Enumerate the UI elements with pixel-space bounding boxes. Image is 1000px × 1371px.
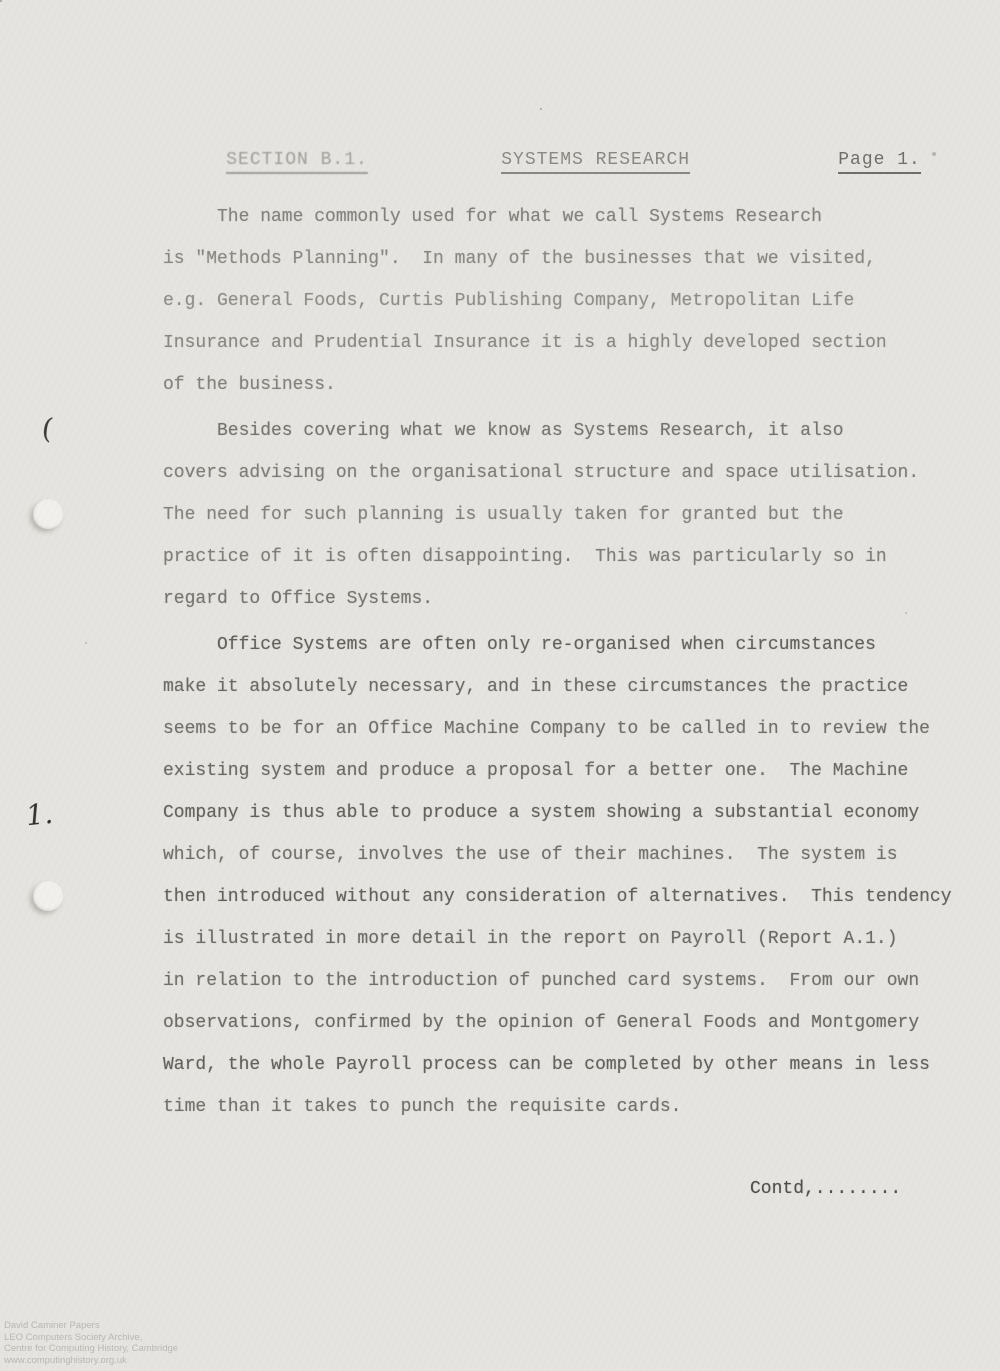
text-line: observations, confirmed by the opinion o… (163, 1002, 973, 1044)
text-line: existing system and produce a proposal f… (163, 750, 973, 792)
text-line: which, of course, involves the use of th… (163, 834, 973, 876)
text-line: Insurance and Prudential Insurance it is… (163, 322, 973, 364)
watermark-line: Centre for Computing History, Cambridge (4, 1343, 178, 1355)
paragraph-2: Besides covering what we know as Systems… (163, 410, 973, 620)
text-line: Office Systems are often only re-organis… (163, 624, 973, 666)
text-line: regard to Office Systems. (163, 578, 973, 620)
page-number-text: Page 1. (838, 150, 921, 174)
header-section-label: SECTION B.1. (183, 130, 368, 194)
text-line: of the business. (163, 364, 973, 406)
text-line: covers advising on the organisational st… (163, 452, 973, 494)
document-title-text: SYSTEMS RESEARCH (501, 150, 690, 174)
scanned-document-page: SECTION B.1. SYSTEMS RESEARCH Page 1. Th… (0, 0, 1000, 1371)
header-section-text: SECTION B.1. (226, 150, 368, 174)
watermark-line: www.computinghistory.org.uk (4, 1355, 178, 1367)
text-line: make it absolutely necessary, and in the… (163, 666, 973, 708)
text-line: Besides covering what we know as Systems… (163, 410, 973, 452)
punch-hole (33, 499, 63, 529)
text-line: in relation to the introduction of punch… (163, 960, 973, 1002)
handwritten-margin-mark: ( (40, 411, 55, 445)
text-line: Company is thus able to produce a system… (163, 792, 973, 834)
text-line: Ward, the whole Payroll process can be c… (163, 1044, 973, 1086)
paragraph-1: The name commonly used for what we call … (163, 196, 973, 406)
handwritten-margin-mark: 1. (24, 797, 54, 833)
text-line: then introduced without any consideratio… (163, 876, 973, 918)
text-line: time than it takes to punch the requisit… (163, 1086, 973, 1128)
document-body: The name commonly used for what we call … (163, 196, 973, 1132)
page-number: Page 1. (795, 130, 921, 194)
text-line: practice of it is often disappointing. T… (163, 536, 973, 578)
watermark-line: David Caminer Papers (4, 1320, 178, 1332)
continuation-note: Contd,........ (750, 1168, 901, 1210)
text-line: The need for such planning is usually ta… (163, 494, 973, 536)
text-line: is illustrated in more detail in the rep… (163, 918, 973, 960)
text-line: is "Methods Planning". In many of the bu… (163, 238, 973, 280)
watermark-line: LEO Computers Society Archive, (4, 1332, 178, 1344)
text-line: The name commonly used for what we call … (163, 196, 973, 238)
punch-hole (33, 881, 63, 911)
paper-specks (0, 0, 2, 2)
archive-watermark: David Caminer Papers LEO Computers Socie… (4, 1320, 178, 1366)
paragraph-3: Office Systems are often only re-organis… (163, 624, 973, 1128)
document-title: SYSTEMS RESEARCH (458, 130, 690, 194)
text-line: e.g. General Foods, Curtis Publishing Co… (163, 280, 973, 322)
text-line: seems to be for an Office Machine Compan… (163, 708, 973, 750)
